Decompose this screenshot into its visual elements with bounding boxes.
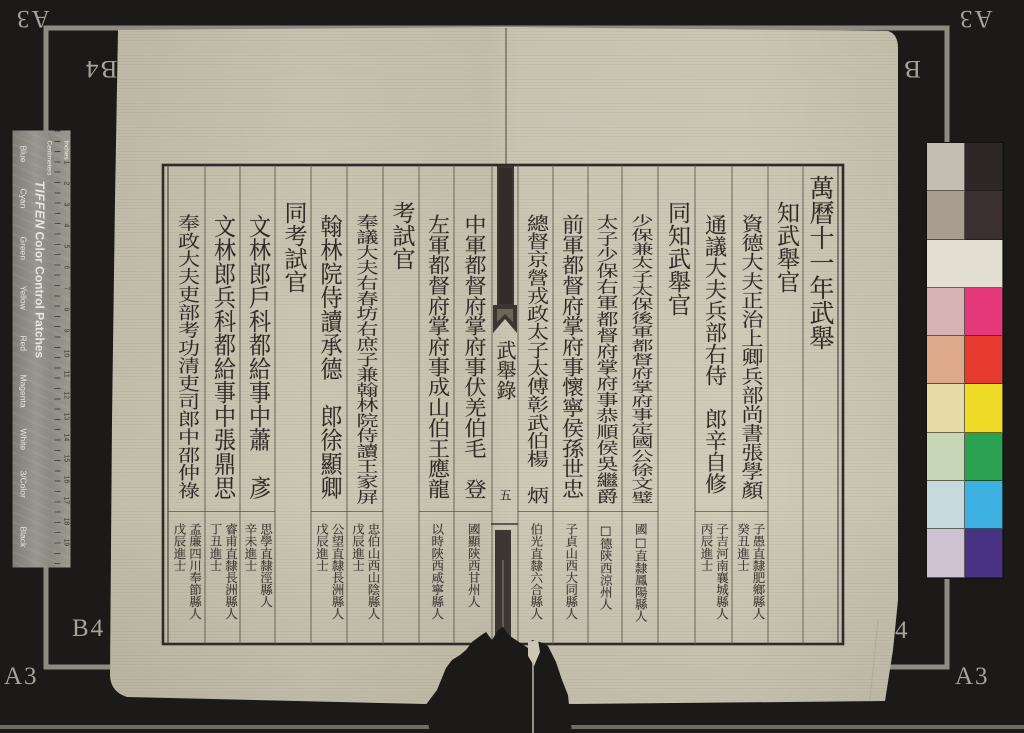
- note-line: 戊辰進士: [351, 523, 364, 635]
- note-line: 子吉河南襄城縣人: [715, 523, 728, 635]
- strip-title: Color Control Patches: [32, 231, 46, 358]
- official-entry: 前軍都督府掌府事懷寧侯孫世忠: [560, 214, 582, 499]
- biographical-note: 子吉河南襄城縣人 丙辰進士: [695, 511, 732, 639]
- biographical-note: 公望直隸長洲縣人 戊辰進士: [311, 511, 347, 639]
- column-entry: 文林郎兵科都給事中張鼎思 睿甫直隸長洲縣人 丁丑進士: [205, 165, 240, 645]
- column-entry: 少保兼太子太保後軍都督府掌府事定國公徐文璧 國□直隸鳳陽縣人: [622, 165, 658, 645]
- green-patch: [965, 433, 1003, 481]
- ruler-number: 2: [62, 181, 69, 185]
- black-patch: [965, 143, 1003, 191]
- note-line: 辛未進士: [244, 523, 257, 635]
- column-heading: 同知武舉官: [658, 165, 695, 645]
- ruler-number: 11: [62, 370, 69, 377]
- page-number-text: 五: [499, 489, 511, 501]
- pale-yellow-patch: [927, 384, 965, 432]
- yellow-patch: [965, 384, 1003, 432]
- column-title: 萬曆十一年武舉: [803, 165, 838, 645]
- column-entry: 文林郎戶科都給事中蕭 彥 思學直隸涇縣人 辛未進士: [240, 165, 275, 645]
- biographical-note: □德陝西涼州人: [588, 511, 622, 639]
- section-heading: 考試官: [390, 201, 413, 270]
- section-heading: 同考試官: [282, 201, 305, 293]
- note-line: 以時陝西咸寧縣人: [430, 523, 443, 635]
- centimeters-label: Centimeters: [45, 140, 52, 175]
- pale-red-patch: [927, 336, 965, 384]
- note-line: 戊辰進士: [173, 523, 186, 635]
- white-patch: [927, 240, 1003, 288]
- dark-patch: [965, 191, 1003, 239]
- note-line: 國顯陝西甘州人: [467, 523, 480, 635]
- color-name-label: Magenta: [18, 374, 28, 407]
- column-entry: 太子少保右軍都督府掌府事恭順侯吳繼爵 □德陝西涼州人: [588, 165, 622, 645]
- color-name-label: Yellow: [18, 285, 28, 309]
- ruler-number: 4: [62, 223, 69, 227]
- biographical-note: 忠伯山西山陰縣人 戊辰進士: [347, 511, 383, 639]
- ruler-number: 14: [62, 433, 69, 441]
- ruler-number: 18: [62, 517, 69, 525]
- biographical-note: 國□直隸鳳陽縣人: [622, 511, 658, 639]
- official-entry: 奉議大夫右春坊右庶子兼翰林院侍讀王家屏: [354, 214, 376, 504]
- note-line: 伯光直隸六合縣人: [529, 523, 542, 635]
- color-name-label: Green: [18, 236, 28, 260]
- fold-book-title: 武舉錄: [494, 340, 516, 400]
- ruler-number: 3: [62, 202, 69, 206]
- fold-title-text: 武舉錄: [495, 340, 515, 400]
- column-heading: 同考試官: [275, 165, 311, 645]
- note-line: 丙辰進士: [700, 523, 713, 635]
- magenta-patch: [965, 288, 1003, 336]
- note-line: 癸丑進士: [736, 523, 749, 635]
- book-title: 萬曆十一年武舉: [808, 175, 833, 350]
- column-entry: 總督京營戎政太子太傅彰武伯楊 炳 伯光直隸六合縣人: [518, 165, 553, 645]
- color-name-label: White: [18, 428, 28, 450]
- gray-patch: [927, 143, 965, 191]
- color-name-label: Black: [18, 526, 28, 547]
- note-line: 丁丑進士: [209, 523, 222, 635]
- ruler-number: 9: [62, 328, 69, 332]
- note-line: 睿甫直隸長洲縣人: [224, 523, 237, 635]
- column-entry: 通議大夫兵部右侍 郎辛自修 子吉河南襄城縣人 丙辰進士: [695, 165, 732, 645]
- ruler-number: 10: [62, 349, 69, 357]
- column-entry: 資德大夫正治上卿兵部尚書張學顏 子愚直隸肥鄉縣人 癸丑進士: [732, 165, 768, 645]
- ruler-number: 13: [62, 412, 69, 420]
- color-name-label: Cyan: [18, 188, 28, 208]
- biographical-note: 孟廉四川奉節縣人 戊辰進士: [168, 511, 205, 639]
- ruler-number: 12: [62, 391, 69, 399]
- note-line: 子愚直隸肥鄉縣人: [752, 523, 765, 635]
- biographical-note: 子貞山西大同縣人: [553, 511, 588, 639]
- cyan-patch: [965, 481, 1003, 529]
- note-line: 孟廉四川奉節縣人: [188, 523, 201, 635]
- section-heading: 同知武舉官: [665, 201, 688, 316]
- pale-magenta-patch: [927, 288, 965, 336]
- column-entry: 翰林院侍讀承德 郎徐顯卿 公望直隸長洲縣人 戊辰進士: [311, 165, 347, 645]
- red-patch: [965, 336, 1003, 384]
- note-line: 子貞山西大同縣人: [564, 523, 577, 635]
- official-entry: 翰林院侍讀承德 郎徐顯卿: [318, 214, 340, 499]
- section-heading: 知武舉官: [774, 201, 797, 293]
- pale-green-patch: [927, 433, 965, 481]
- ruler-number: 6: [62, 265, 69, 269]
- pale-blue-patch: [927, 529, 965, 577]
- column-heading: 知武舉官: [768, 165, 803, 645]
- official-entry: 太子少保右軍都督府掌府事恭順侯吳繼爵: [594, 214, 616, 504]
- column-entry: 中軍都督府掌府事伏羌伯毛 登 國顯陝西甘州人: [454, 165, 492, 645]
- ruler-number: 8: [62, 307, 69, 311]
- ruler-number: 15: [62, 454, 69, 462]
- fold-page-number: 五: [494, 489, 516, 501]
- note-line: □德陝西涼州人: [599, 523, 612, 635]
- tiffen-color-control-strip: 1 2 3 4 5 6 7 8 9 10 11 12 13 14 15 16 1…: [12, 130, 70, 567]
- color-patch-chart: [927, 143, 1003, 578]
- official-entry: 中軍都督府掌府事伏羌伯毛 登: [462, 214, 484, 499]
- official-entry: 文林郎戶科都給事中蕭 彥: [247, 214, 269, 499]
- official-entry: 文林郎兵科都給事中張鼎思: [212, 214, 234, 499]
- column-entry: 前軍都督府掌府事懷寧侯孫世忠 子貞山西大同縣人: [553, 165, 588, 645]
- note-line: 戊辰進士: [315, 523, 328, 635]
- gray-patch: [927, 191, 965, 239]
- inches-label: Inches: [62, 140, 69, 159]
- ruler-number: 5: [62, 244, 69, 248]
- official-entry: 左軍都督府掌府事成山伯王應龍: [426, 214, 448, 499]
- note-line: 國□直隸鳳陽縣人: [634, 523, 647, 635]
- biographical-note: 睿甫直隸長洲縣人 丁丑進士: [205, 511, 240, 639]
- note-line: 思學直隸涇縣人: [259, 523, 272, 635]
- note-line: 忠伯山西山陰縣人: [367, 523, 380, 635]
- official-entry: 少保兼太子太保後軍都督府掌府事定國公徐文璧: [629, 214, 651, 504]
- biographical-note: 思學直隸涇縣人 辛未進士: [240, 511, 275, 639]
- ruler-number: 7: [62, 286, 69, 290]
- blue-patch: [965, 529, 1003, 577]
- color-name-label: Blue: [18, 145, 28, 162]
- note-line: 公望直隸長洲縣人: [331, 523, 344, 635]
- color-name-label: 3/Color: [18, 470, 28, 497]
- tiffen-logo: TIFFEN: [32, 180, 47, 229]
- column-entry: 奉政大夫吏部考功清吏司郎中邵仲祿 孟廉四川奉節縣人 戊辰進士: [168, 165, 205, 645]
- column-entry: 奉議大夫右春坊右庶子兼翰林院侍讀王家屏 忠伯山西山陰縣人 戊辰進士: [347, 165, 383, 645]
- ruler-number: 1: [62, 160, 69, 164]
- official-entry: 資德大夫正治上卿兵部尚書張學顏: [739, 214, 761, 499]
- biographical-note: 子愚直隸肥鄉縣人 癸丑進士: [732, 511, 768, 639]
- official-entry: 奉政大夫吏部考功清吏司郎中邵仲祿: [176, 214, 198, 499]
- ruler-number: 16: [62, 475, 69, 483]
- ruler-number: 17: [62, 496, 69, 504]
- column-heading: 考試官: [383, 165, 419, 645]
- biographical-note: 國顯陝西甘州人: [454, 511, 492, 639]
- ruler-scale: 1 2 3 4 5 6 7 8 9 10 11 12 13 14 15 16 1…: [54, 130, 70, 567]
- biographical-note: 伯光直隸六合縣人: [518, 511, 553, 639]
- pale-cyan-patch: [927, 481, 965, 529]
- official-entry: 通議大夫兵部右侍 郎辛自修: [703, 214, 725, 494]
- column-entry: 左軍都督府掌府事成山伯王應龍 以時陝西咸寧縣人: [419, 165, 454, 645]
- color-name-label: Red: [18, 335, 28, 351]
- biographical-note: 以時陝西咸寧縣人: [419, 511, 454, 639]
- ruler-number: 19: [62, 538, 69, 546]
- official-entry: 總督京營戎政太子太傅彰武伯楊 炳: [525, 214, 547, 504]
